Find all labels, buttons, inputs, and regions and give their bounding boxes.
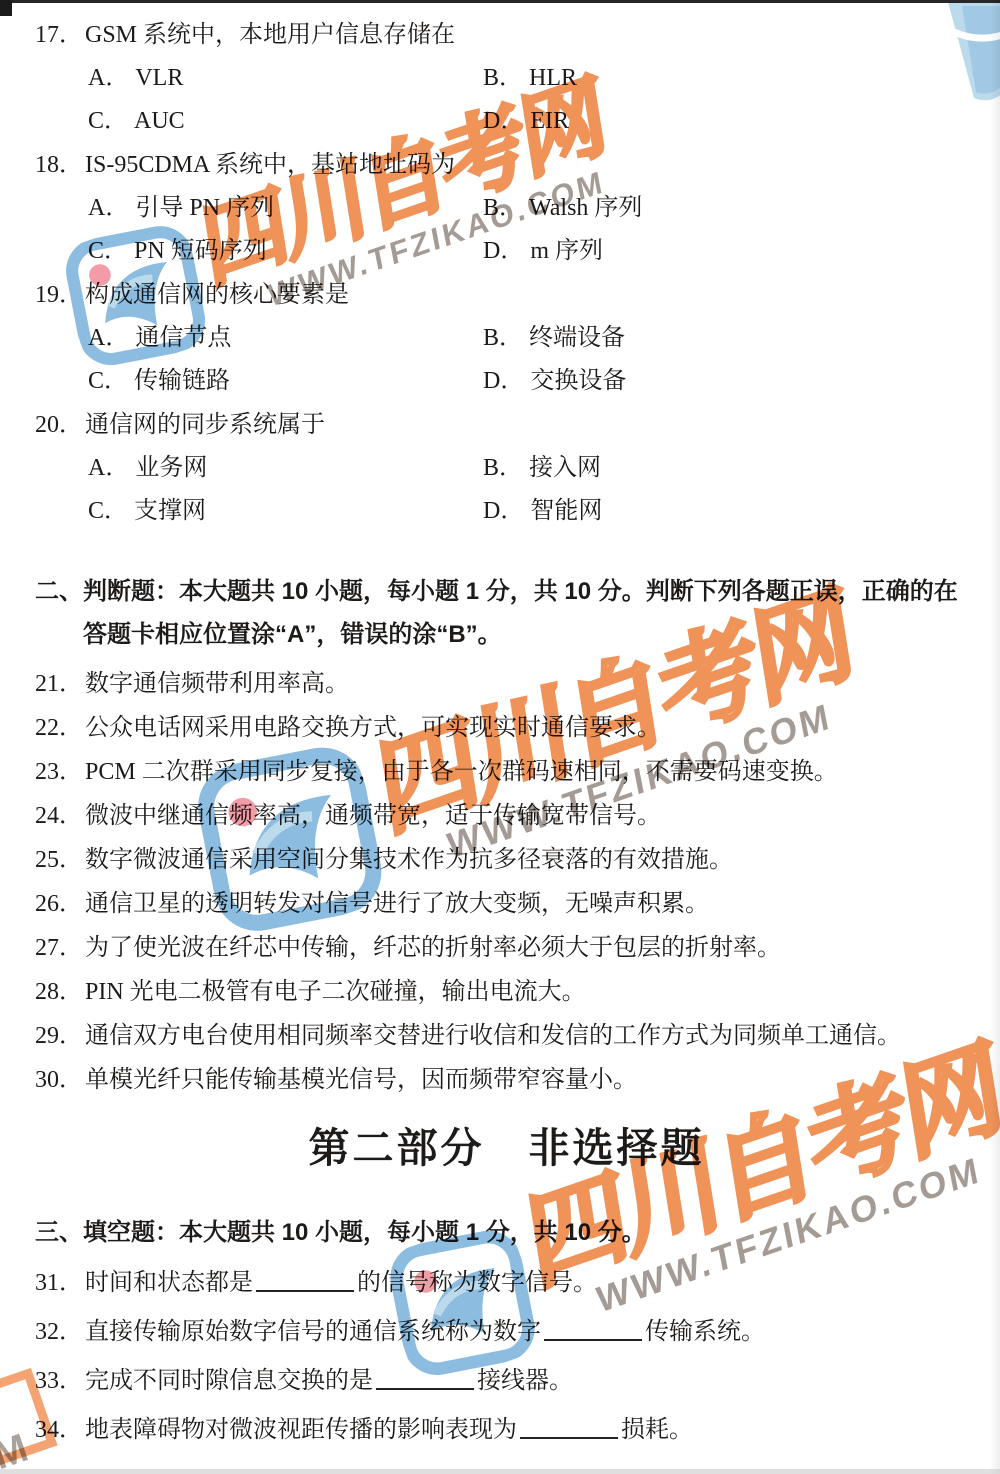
tf-item-text: 数字微波通信采用空间分集技术作为抗多径衰落的有效措施。	[85, 845, 733, 875]
tf-item-text: 单模光纤只能传输基模光信号，因而频带窄容量小。	[85, 1065, 637, 1095]
option-text: 终端设备	[529, 323, 625, 353]
option: B． 接入网	[483, 453, 978, 483]
fill-item: 31． 时间和状态都是的信号称为数字信号。	[35, 1264, 978, 1298]
option-label: D．	[483, 236, 524, 266]
question-number: 33．	[35, 1366, 85, 1396]
option: C． 支撑网	[88, 496, 483, 526]
question-number: 18．	[35, 150, 85, 180]
fill-text-before: 直接传输原始数字信号的通信系统称为数字	[85, 1319, 541, 1345]
question-stem: IS-95CDMA 系统中，基站地址码为	[85, 150, 455, 180]
section3-heading: 三、 填空题：本大题共 10 小题，每小题 1 分，共 10 分。	[35, 1218, 978, 1248]
section2-heading: 二、 判断题：本大题共 10 小题，每小题 1 分，共 10 分。判断下列各题正…	[35, 570, 978, 656]
option-label: B．	[483, 323, 523, 353]
answer-blank	[520, 1413, 618, 1439]
tf-item: 25． 数字微波通信采用空间分集技术作为抗多径衰落的有效措施。	[35, 845, 978, 875]
option-label: A．	[88, 453, 129, 483]
scan-edge-top	[0, 0, 1000, 3]
section3-heading-text: 填空题：本大题共 10 小题，每小题 1 分，共 10 分。	[83, 1218, 646, 1248]
tf-item: 21． 数字通信频带利用率高。	[35, 669, 978, 699]
options-grid: A． 引导 PN 序列 B． Walsh 序列 C． PN 短码序列	[88, 193, 978, 266]
option: C． 传输链路	[88, 366, 483, 396]
option-text: HLR	[529, 63, 577, 93]
option-text: 引导 PN 序列	[135, 193, 274, 223]
fill-blank-section: 31． 时间和状态都是的信号称为数字信号。 32． 直接传输原始数字信号的通信系…	[35, 1264, 978, 1445]
option: D． 交换设备	[483, 366, 978, 396]
option: D． 智能网	[483, 496, 978, 526]
option-text: 传输链路	[134, 366, 230, 396]
scan-edge-bottom	[0, 1469, 1000, 1474]
option-text: PN 短码序列	[134, 236, 267, 266]
fill-text-after: 的信号称为数字信号。	[357, 1270, 597, 1296]
option-label: B．	[483, 193, 523, 223]
tf-item-text: PCM 二次群采用同步复接，由于各一次群码速相同，不需要码速变换。	[85, 757, 838, 787]
tf-item-text: 通信卫星的透明转发对信号进行了放大变频，无噪声积累。	[85, 889, 709, 919]
section3-label: 三、	[35, 1218, 83, 1248]
mc-question: 19． 构成通信网的核心要素是 A． 通信节点 B．	[35, 280, 978, 396]
option-text: 业务网	[135, 453, 207, 483]
option-text: 接入网	[529, 453, 601, 483]
fill-item: 34． 地表障碍物对微波视距传播的影响表现为损耗。	[35, 1411, 978, 1445]
option: D． m 序列	[483, 236, 978, 266]
question-number: 19．	[35, 280, 85, 310]
exam-content: 17． GSM 系统中，本地用户信息存储在 A． VLR B．	[0, 0, 1000, 1445]
option: C． PN 短码序列	[88, 236, 483, 266]
option-label: B．	[483, 63, 523, 93]
question-number: 34．	[35, 1415, 85, 1445]
option: A． 业务网	[88, 453, 483, 483]
fill-text-after: 接线器。	[477, 1368, 573, 1394]
option-label: C．	[88, 236, 128, 266]
fill-text-after: 传输系统。	[645, 1319, 765, 1345]
option-label: C．	[88, 106, 128, 136]
fill-item-text: 直接传输原始数字信号的通信系统称为数字传输系统。	[85, 1313, 765, 1347]
option-text: EIR	[530, 106, 569, 136]
option: B． 终端设备	[483, 323, 978, 353]
question-number: 20．	[35, 410, 85, 440]
option-text: Walsh 序列	[529, 193, 642, 223]
option: A． 引导 PN 序列	[88, 193, 483, 223]
exam-paper-page: 17． GSM 系统中，本地用户信息存储在 A． VLR B．	[0, 0, 1000, 1474]
question-number: 23．	[35, 757, 85, 787]
option: B． HLR	[483, 63, 978, 93]
question-number: 28．	[35, 977, 85, 1007]
section2-heading-text: 判断题：本大题共 10 小题，每小题 1 分，共 10 分。判断下列各题正误，正…	[83, 570, 958, 656]
option-text: 交换设备	[530, 366, 626, 396]
tf-item-text: 通信双方电台使用相同频率交替进行收信和发信的工作方式为同频单工通信。	[85, 1021, 901, 1051]
question-number: 32．	[35, 1317, 85, 1347]
scan-edge-right	[990, 0, 1000, 1474]
tf-item: 30． 单模光纤只能传输基模光信号，因而频带窄容量小。	[35, 1065, 978, 1095]
fill-text-before: 时间和状态都是	[85, 1270, 253, 1296]
question-number: 24．	[35, 801, 85, 831]
question-stem: 通信网的同步系统属于	[85, 410, 325, 440]
option-label: A．	[88, 323, 129, 353]
fill-item-text: 地表障碍物对微波视距传播的影响表现为损耗。	[85, 1411, 693, 1445]
fill-item-text: 时间和状态都是的信号称为数字信号。	[85, 1264, 597, 1298]
tf-item: 24． 微波中继通信频率高，通频带宽，适于传输宽带信号。	[35, 801, 978, 831]
section2-heading-line2: 答题卡相应位置涂“A”，错误的涂“B”。	[83, 613, 958, 656]
answer-blank	[376, 1364, 474, 1390]
fill-item-text: 完成不同时隙信息交换的是接线器。	[85, 1362, 573, 1396]
option-label: D．	[483, 106, 524, 136]
question-number: 31．	[35, 1268, 85, 1298]
scan-corner-mark	[0, 0, 12, 16]
option: D． EIR	[483, 106, 978, 136]
option-text: m 序列	[530, 236, 603, 266]
answer-blank	[256, 1266, 354, 1292]
tf-item: 27． 为了使光波在纤芯中传输，纤芯的折射率必须大于包层的折射率。	[35, 933, 978, 963]
question-number: 21．	[35, 669, 85, 699]
question-number: 22．	[35, 713, 85, 743]
tf-item: 28． PIN 光电二极管有电子二次碰撞，输出电流大。	[35, 977, 978, 1007]
option: C． AUC	[88, 106, 483, 136]
true-false-section: 21． 数字通信频带利用率高。 22． 公众电话网采用电路交换方式，可实现实时通…	[35, 669, 978, 1095]
option-label: D．	[483, 496, 524, 526]
question-stem: 构成通信网的核心要素是	[85, 280, 349, 310]
mc-question: 20． 通信网的同步系统属于 A． 业务网 B．	[35, 410, 978, 526]
option-text: VLR	[135, 63, 183, 93]
question-number: 17．	[35, 20, 85, 50]
option: A． VLR	[88, 63, 483, 93]
fill-text-after: 损耗。	[621, 1417, 693, 1443]
tf-item: 22． 公众电话网采用电路交换方式，可实现实时通信要求。	[35, 713, 978, 743]
tf-item-text: 数字通信频带利用率高。	[85, 669, 349, 699]
question-number: 29．	[35, 1021, 85, 1051]
fill-item: 32． 直接传输原始数字信号的通信系统称为数字传输系统。	[35, 1313, 978, 1347]
options-grid: A． 通信节点 B． 终端设备 C． 传输链路	[88, 323, 978, 396]
question-number: 30．	[35, 1065, 85, 1095]
tf-item-text: 公众电话网采用电路交换方式，可实现实时通信要求。	[85, 713, 661, 743]
option-text: 通信节点	[135, 323, 231, 353]
tf-item-text: 微波中继通信频率高，通频带宽，适于传输宽带信号。	[85, 801, 661, 831]
mc-question: 17． GSM 系统中，本地用户信息存储在 A． VLR B．	[35, 20, 978, 136]
question-number: 26．	[35, 889, 85, 919]
answer-blank	[544, 1315, 642, 1341]
question-stem: GSM 系统中，本地用户信息存储在	[85, 20, 455, 50]
multiple-choice-section: 17． GSM 系统中，本地用户信息存储在 A． VLR B．	[35, 20, 978, 526]
question-number: 27．	[35, 933, 85, 963]
tf-item: 29． 通信双方电台使用相同频率交替进行收信和发信的工作方式为同频单工通信。	[35, 1021, 978, 1051]
option-text: AUC	[134, 106, 185, 136]
fill-text-before: 完成不同时隙信息交换的是	[85, 1368, 373, 1394]
option-text: 支撑网	[134, 496, 206, 526]
option-text: 智能网	[530, 496, 602, 526]
option-label: A．	[88, 193, 129, 223]
option-label: C．	[88, 496, 128, 526]
tf-item: 26． 通信卫星的透明转发对信号进行了放大变频，无噪声积累。	[35, 889, 978, 919]
option-label: C．	[88, 366, 128, 396]
fill-text-before: 地表障碍物对微波视距传播的影响表现为	[85, 1417, 517, 1443]
option-label: A．	[88, 63, 129, 93]
tf-item: 23． PCM 二次群采用同步复接，由于各一次群码速相同，不需要码速变换。	[35, 757, 978, 787]
tf-item-text: PIN 光电二极管有电子二次碰撞，输出电流大。	[85, 977, 586, 1007]
section2-heading-line1: 判断题：本大题共 10 小题，每小题 1 分，共 10 分。判断下列各题正误，正…	[83, 570, 958, 613]
options-grid: A． 业务网 B． 接入网 C． 支撑网	[88, 453, 978, 526]
option: B． Walsh 序列	[483, 193, 978, 223]
tf-item-text: 为了使光波在纤芯中传输，纤芯的折射率必须大于包层的折射率。	[85, 933, 781, 963]
part2-title: 第二部分 非选择题	[35, 1124, 978, 1172]
option-label: D．	[483, 366, 524, 396]
option: A． 通信节点	[88, 323, 483, 353]
section2-label: 二、	[35, 570, 83, 613]
mc-question: 18． IS-95CDMA 系统中，基站地址码为 A． 引导 PN 序列	[35, 150, 978, 266]
option-label: B．	[483, 453, 523, 483]
question-number: 25．	[35, 845, 85, 875]
fill-item: 33． 完成不同时隙信息交换的是接线器。	[35, 1362, 978, 1396]
options-grid: A． VLR B． HLR C． AUC	[88, 63, 978, 136]
